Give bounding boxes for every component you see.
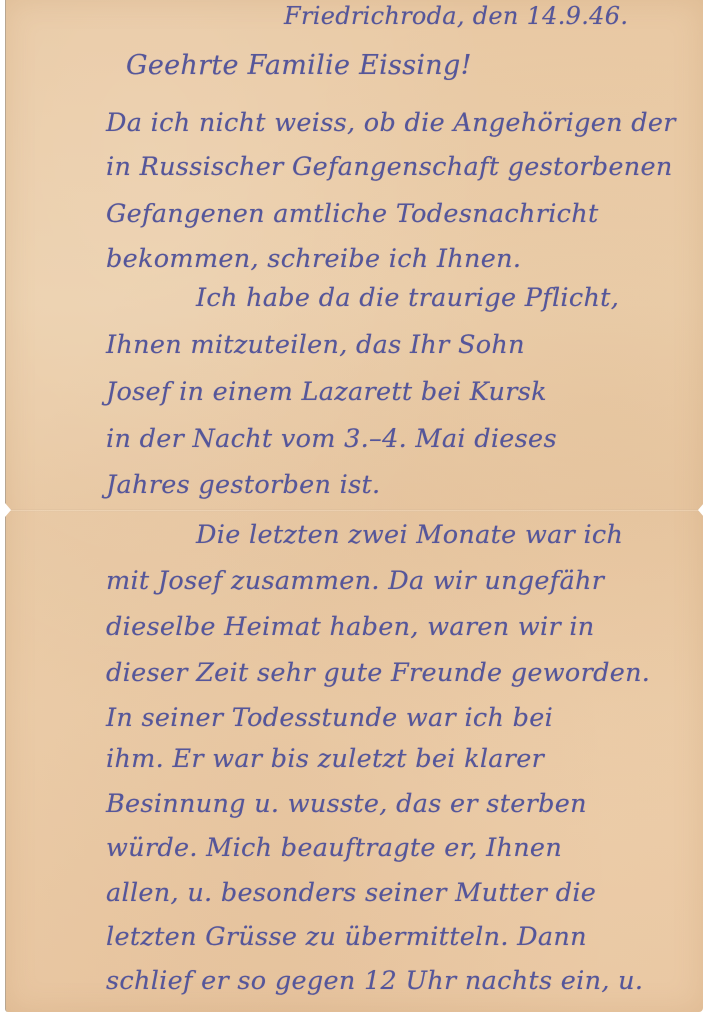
letter-line: Josef in einem Lazarett bei Kursk (106, 377, 547, 407)
letter-line: dieser Zeit sehr gute Freunde geworden. (106, 658, 650, 688)
letter-line: Da ich nicht weiss, ob die Angehörigen d… (106, 108, 676, 138)
paper-notch-left (5, 503, 11, 517)
letter-line: Gefangenen amtliche Todesnachricht (106, 199, 599, 229)
letter-line: ihm. Er war bis zuletzt bei klarer (106, 744, 544, 774)
letter-line: Besinnung u. wusste, das er sterben (106, 789, 587, 819)
letter-line: in der Nacht vom 3.–4. Mai dieses (106, 424, 557, 454)
letter-line: würde. Mich beauftragte er, Ihnen (106, 833, 562, 863)
paper-notch-right (698, 503, 704, 517)
letter-line: Ihnen mitzuteilen, das Ihr Sohn (106, 330, 525, 360)
scan-canvas: Friedrichroda, den 14.9.46. Geehrte Fami… (0, 0, 712, 1024)
letter-line: In seiner Todesstunde war ich bei (106, 703, 553, 733)
letter-salutation: Geehrte Familie Eissing! (126, 50, 472, 81)
letter-line: Jahres gestorben ist. (106, 470, 380, 500)
letter-line: Die letzten zwei Monate war ich (196, 520, 623, 550)
letter-line: dieselbe Heimat haben, waren wir in (106, 612, 595, 642)
paper-fold-line (6, 509, 703, 512)
letter-line: bekommen, schreibe ich Ihnen. (106, 244, 521, 274)
letter-line: allen, u. besonders seiner Mutter die (106, 878, 596, 908)
letter-line: in Russischer Gefangenschaft gestorbenen (106, 152, 673, 182)
letter-line: schlief er so gegen 12 Uhr nachts ein, u… (106, 966, 643, 996)
letter-line: letzten Grüsse zu übermitteln. Dann (106, 922, 587, 952)
letter-paper: Friedrichroda, den 14.9.46. Geehrte Fami… (5, 0, 703, 1012)
letter-line: Ich habe da die traurige Pflicht, (196, 283, 619, 313)
letter-place-date: Friedrichroda, den 14.9.46. (284, 2, 628, 30)
letter-line: mit Josef zusammen. Da wir ungefähr (106, 566, 604, 596)
